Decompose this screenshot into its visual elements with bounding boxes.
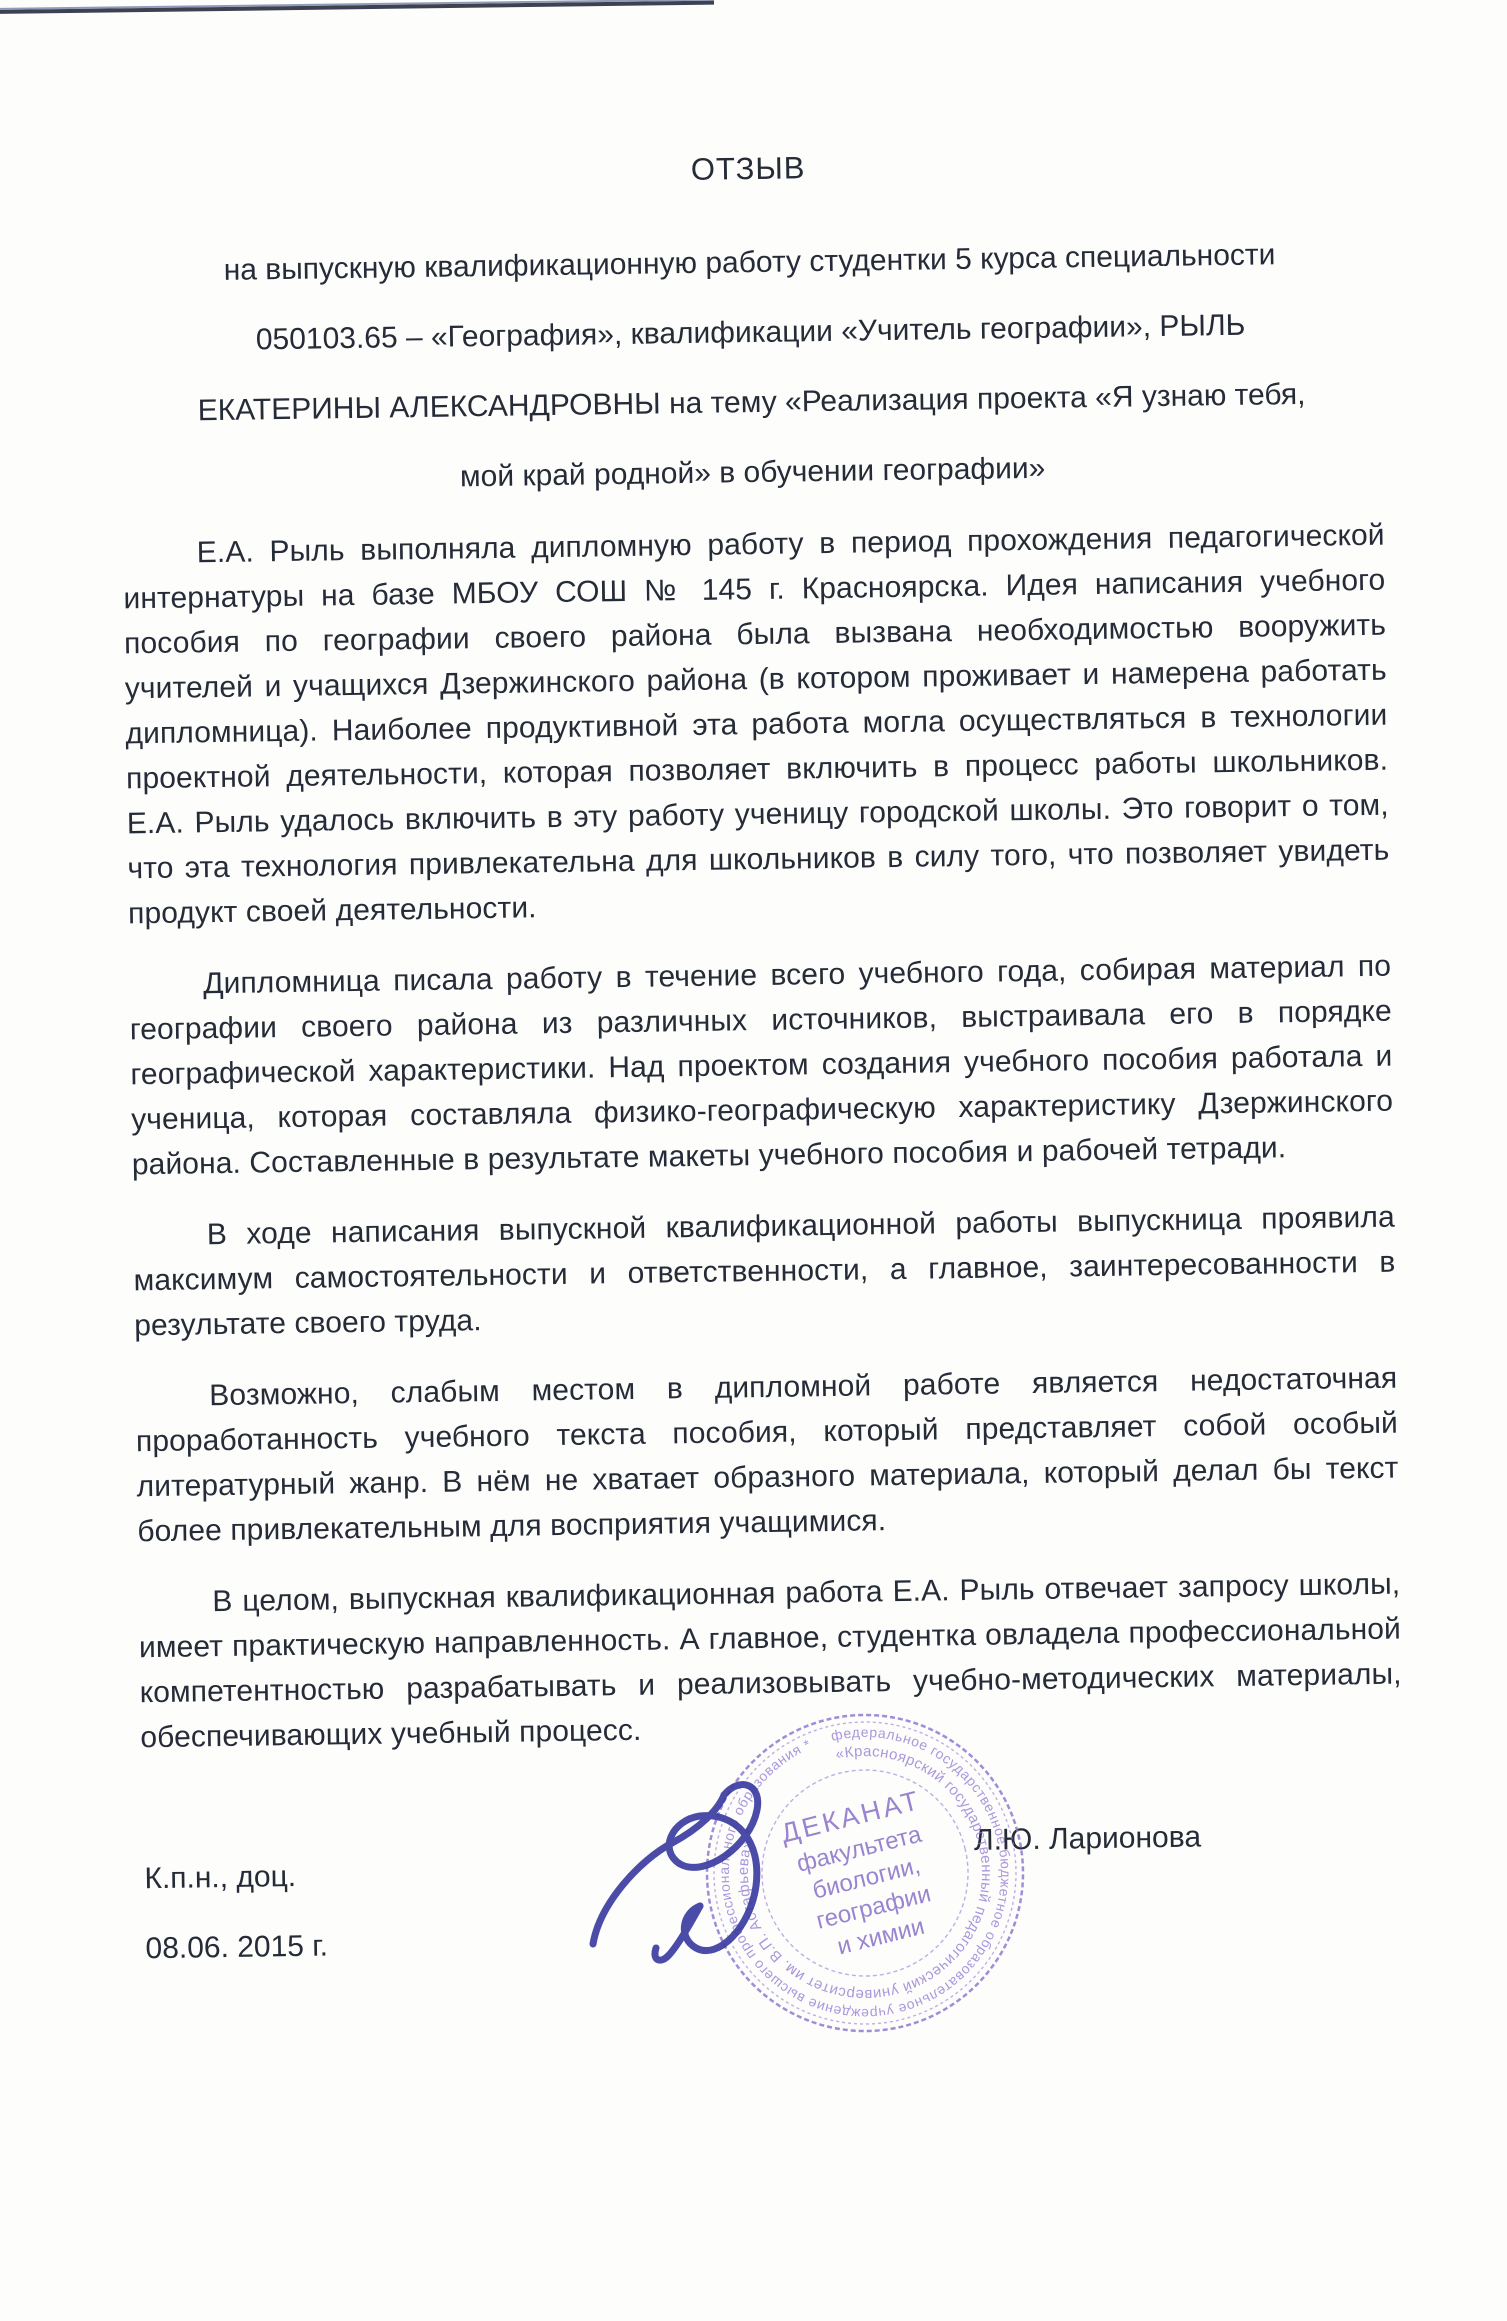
paragraph-2: Дипломница писала работу в течение всего…	[129, 944, 1394, 1188]
document-content: ОТЗЫВ на выпускную квалификационную рабо…	[115, 0, 1407, 2046]
paragraph-5: В целом, выпускная квалификационная рабо…	[138, 1562, 1403, 1761]
signer-degree: К.п.н., доц.	[144, 1860, 296, 1896]
signer-name: Л.Ю. Ларионова	[974, 1821, 1202, 1858]
paragraph-4: Возможно, слабым местом в дипломной рабо…	[135, 1356, 1400, 1555]
document-title: ОТЗЫВ	[117, 137, 1380, 201]
document-date: 08.06. 2015 г.	[145, 1930, 328, 1967]
paragraph-1: Е.А. Рыль выполняла дипломную работу в п…	[122, 513, 1390, 937]
paragraph-3: В ходе написания выпускной квалификацион…	[133, 1195, 1397, 1349]
scanned-document-page: ОТЗЫВ на выпускную квалификационную рабо…	[0, 0, 1507, 2321]
document-subtitle: на выпускную квалификационную работу сту…	[118, 219, 1384, 518]
signature-block: К.п.н., доц. 08.06. 2015 г. Л.Ю. Ларионо…	[141, 1768, 1407, 2047]
